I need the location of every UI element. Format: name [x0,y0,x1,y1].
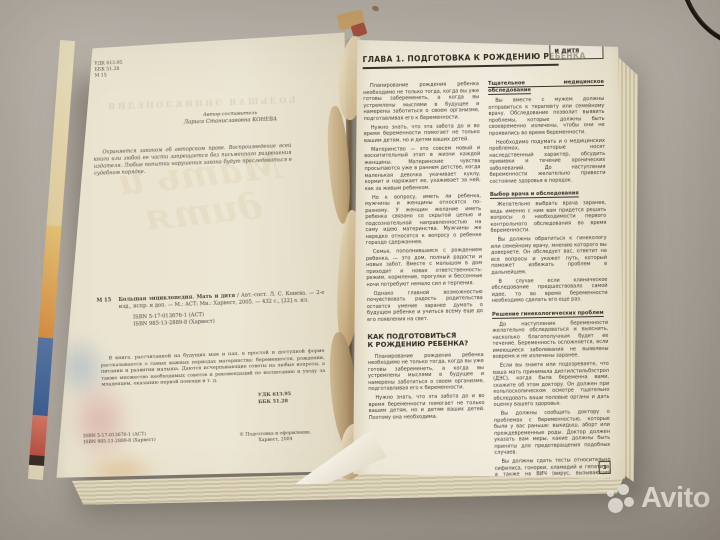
body-paragraph: Планирование рождения ребенка необходимо… [368,352,485,393]
body-paragraph: Нужно знать, что эта забота до и во врем… [364,123,480,145]
cover-stripe-orange [38,226,61,339]
text-columns: Планирование рождения ребенка необходимо… [363,79,613,538]
section-subheader: КАК ПОДГОТОВИТЬСЯ К РОЖДЕНИЮ РЕБЕНКА? [367,331,483,350]
isbn-block: ISBN 5-17-013676-1 (АСТ) ISBN 985-13-288… [133,308,325,329]
cover-stripe-blue [33,337,54,416]
footer-copyright: © Подготовка и оформление. Харвест, 2004 [227,430,323,446]
left-column: Планирование рождения ребенка необходимо… [363,81,487,538]
footer-isbn-block: ISBN 5-17-013676-1 (АСТ) ISBN 985-13-288… [83,432,156,447]
bbk-code-bottom: ББК 51.28 [258,398,291,406]
catalog-code: М 15 [96,297,111,305]
corner-tab-rule [597,45,619,47]
body-paragraph: Но к вопросу, иметь ли ребенка, мужчины … [365,193,482,247]
chapter-header-rule [363,64,559,69]
body-paragraph: Вы должны сообщить доктору о проблемах с… [494,409,611,457]
section: Решение гинекологических проблем До наст… [492,309,611,491]
cover-stripe-red [30,415,48,456]
avito-wordmark: Avito [641,482,710,515]
chapter-header: ГЛАВА 1. ПОДГОТОВКА К РОЖДЕНИЮ РЕБЕНКА [362,52,562,64]
right-page: ГЛАВА 1. ПОДГОТОВКА К РОЖДЕНИЮ РЕБЕНКА М… [349,31,625,483]
avito-logo-icon [606,483,636,515]
corner-tab-line2: и дитя [554,47,599,56]
right-column: Тщательное медицинское обследование Вы в… [488,79,612,536]
avito-watermark: Avito [606,482,710,515]
page-number: 3 [599,461,611,474]
body-paragraph: Необходимо подумать и о медицинских проб… [489,137,606,185]
left-page: БОЛЬШАЯ ЭНЦИКЛОПЕДИЯ Мать и дитя УДК 613… [55,28,355,480]
section-heading: Выбор врача и обследования [490,190,606,199]
section: Выбор врача и обследования Желательно вы… [490,190,608,305]
bibliographic-codes-top: УДК 613.95 ББК 51.28 М 15 [94,61,123,80]
section: Тщательное медицинское обследование Вы в… [488,79,606,185]
annotation-paragraph: В книге, рассчитанной на будущих мам и п… [100,348,325,389]
body-paragraph: Материнство — это совсем новый и восхити… [364,145,481,193]
photo-open-book: БОЛЬШАЯ ЭНЦИКЛОПЕДИЯ Мать и дитя УДК 613… [0,0,720,540]
author-block: Автор-составитель Лариса Станиславовна К… [142,108,318,127]
body-paragraph: Нужно знать, что эта забота до и во врем… [368,393,484,421]
cover-stripe-cream2 [28,465,44,480]
footer-isbn-harvest: ISBN 985-13-2889-8 (Харвест) [83,438,155,447]
corner-tab: Мать и дитя [549,36,603,60]
body-paragraph: До наступления беременности желательно о… [492,319,609,360]
subheader-line2: К РОЖДЕНИЮ РЕБЕНКА? [367,339,483,349]
section-heading: Тщательное медицинское обследование [488,79,604,95]
body-paragraph: Перед беременностью желательно следующее… [496,513,612,528]
body-paragraph: Вы вместе с мужем должны отправиться к т… [488,96,605,137]
m-code: М 15 [95,73,123,80]
section-heading: Решение гинекологических проблем [492,309,608,318]
body-paragraph: Однако главной возможностью почувствоват… [367,289,484,324]
body-paragraph: Вы должны обратиться к гинекологу или се… [491,235,608,276]
body-paragraph: В случае если клиническое обследование п… [491,276,607,304]
body-paragraph: Если вы знаете или подозреваете, что ваш… [493,361,610,409]
bibliographic-codes-bottom: УДК 613.95 ББК 51.28 [258,391,292,405]
body-paragraph: Семья, пополнившаяся с рождением ребенка… [366,247,483,288]
body-paragraph: Планирование рождения ребенка необходимо… [363,81,480,122]
paper-speck [371,5,379,12]
catalog-entry: М 15 Большая энциклопедия. Мать и дитя /… [118,290,325,330]
body-paragraph: Желательно выбрать врача заранее, ведь и… [490,200,607,235]
cable [648,0,720,52]
